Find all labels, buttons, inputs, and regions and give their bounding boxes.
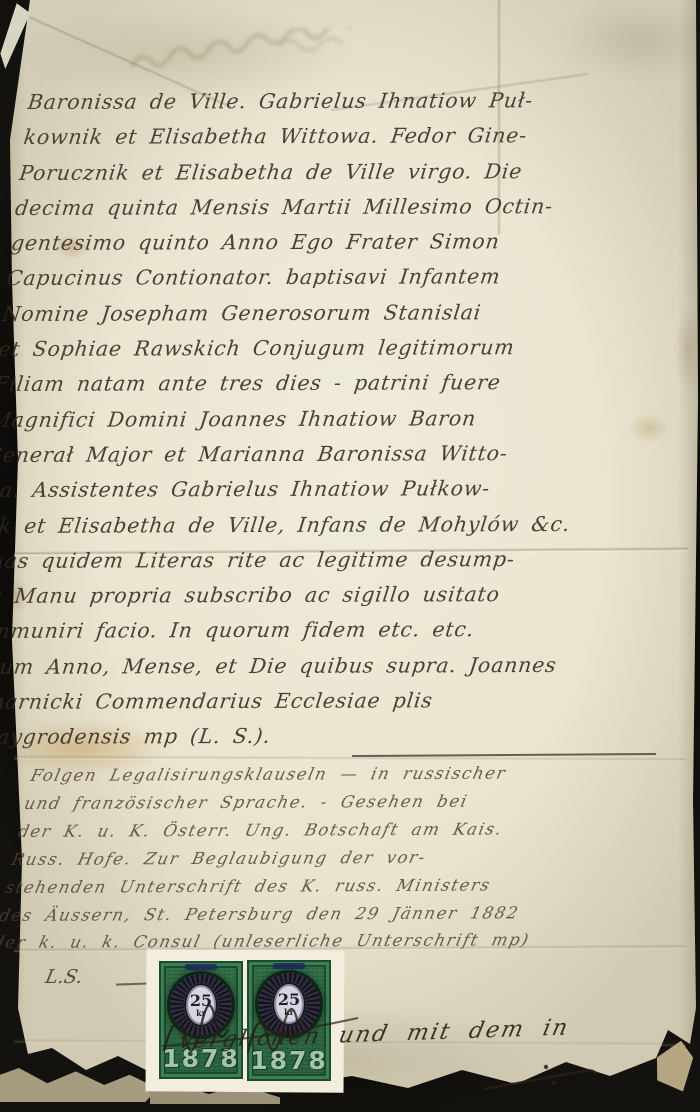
handwritten-line: kownik et Elisabetha Wittowa. Fedor Gine…: [22, 118, 678, 156]
handwritten-line: communiri facio. In quorum fidem etc. et…: [0, 612, 619, 650]
handwritten-line: et Sophiae Rawskich Conjugum legitimorum: [0, 330, 653, 368]
handwritten-line: Filiam natam ante tres dies - patrini fu…: [0, 365, 649, 403]
handwritten-line: der K. u. K. Österr. Ung. Botschaft am K…: [15, 814, 678, 845]
handwritten-line: Generał Major et Marianna Baronissa Witt…: [0, 436, 640, 474]
handwritten-line: Baronissa de Ville. Gabrielus Ihnatiow P…: [26, 83, 682, 121]
handwritten-line: des Äussern, St. Petersburg den 29 Jänne…: [0, 898, 659, 929]
bleedthrough-ghost-text: [128, 28, 448, 84]
handwritten-line: Folgen Legalisirungsklauseln — in russis…: [28, 759, 691, 790]
handwritten-line: und französischer Sprache. - Gesehen bei: [21, 786, 684, 817]
handwritten-line: gentesimo quinto Anno Ego Frater Simon: [9, 224, 665, 262]
handwritten-line: Dunaygrodensis mp (L. S.).: [0, 718, 606, 756]
pen-mark-division: [480, 1055, 620, 1095]
handwritten-line: decima quinta Mensis Martii Millesimo Oc…: [13, 189, 669, 227]
german-text-block: Folgen Legalisirungsklauseln — in russis…: [0, 759, 691, 958]
handwritten-line: nik et Elisabetha de Ville, Infans de Mo…: [0, 506, 632, 544]
handwritten-line: Porucznik et Elisabetha de Ville virgo. …: [17, 153, 673, 191]
control-overprint: [185, 964, 217, 970]
document-scan: Baronissa de Ville. Gabrielus Ihnatiow P…: [0, 0, 700, 1112]
control-overprint: [273, 963, 305, 969]
seal-mark: L.S.: [43, 966, 85, 988]
handwritten-line: tas Manu propria subscribo ac sigillo us…: [0, 577, 623, 615]
handwritten-line: Datum Anno, Mense, et Die quibus supra. …: [0, 647, 615, 685]
torn-edge-shred: [0, 1068, 158, 1102]
handwritten-line: Nomine Josepham Generosorum Stanislai: [1, 295, 657, 333]
latin-text-block: Baronissa de Ville. Gabrielus Ihnatiow P…: [0, 83, 682, 756]
handwritten-line: wa. Assistentes Gabrielus Ihnatiow Pułko…: [0, 471, 636, 509]
handwritten-line: Magnifici Domini Joannes Ihnatiow Baron: [0, 400, 644, 438]
handwritten-line: Komarnicki Commendarius Ecclesiae plis: [0, 683, 611, 721]
handwritten-line: stehenden Unterschrift des K. russ. Mini…: [3, 870, 666, 901]
handwritten-line: Quas quidem Literas rite ac legitime des…: [0, 542, 628, 580]
handwritten-line: Russ. Hofe. Zur Beglaubigung der vor-: [9, 842, 672, 873]
handwritten-line: Capucinus Contionator. baptisavi Infante…: [5, 259, 661, 297]
